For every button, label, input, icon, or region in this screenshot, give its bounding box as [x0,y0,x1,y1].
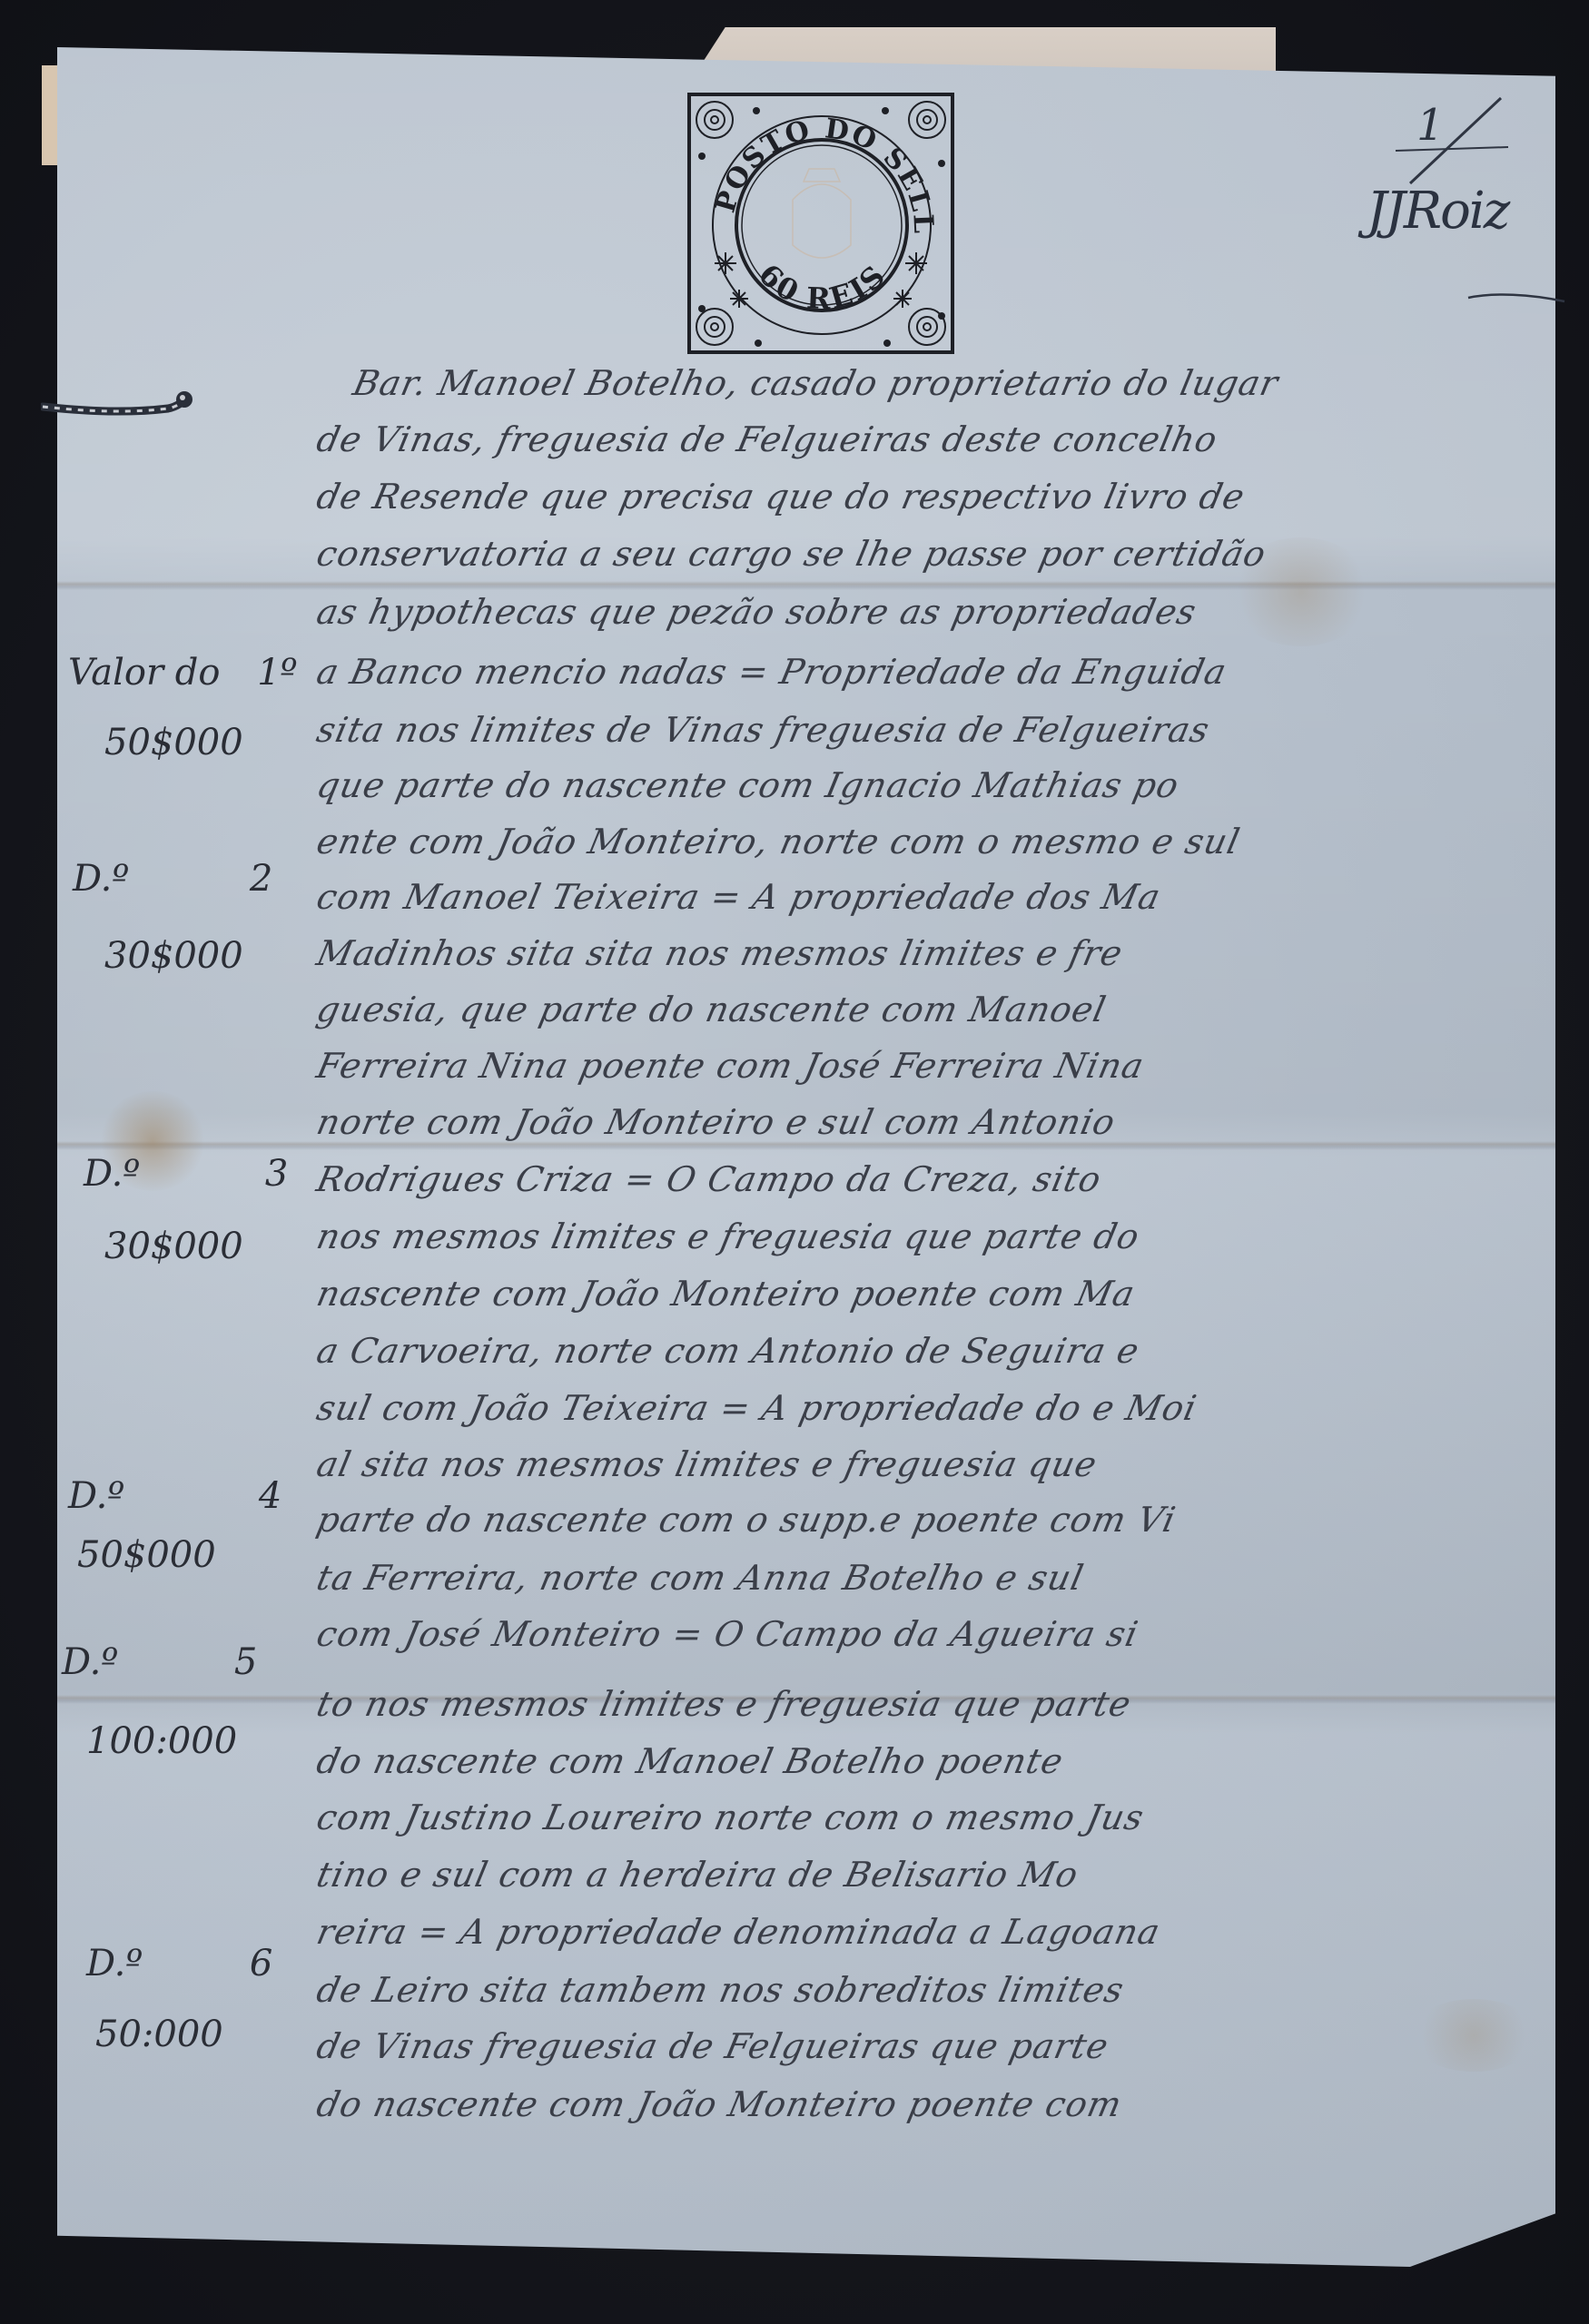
body-line: a Carvoeira, norte com Antonio de Seguir… [313,1331,1143,1371]
svg-text:60 REIS: 60 REIS [752,257,893,316]
body-line: de Leiro sita tambem nos sobreditos limi… [313,1970,1128,2010]
body-line: de Vinas, freguesia de Felgueiras deste … [313,419,1221,459]
body-line: nos mesmos limites e freguesia que parte… [313,1216,1143,1256]
body-line: Ferreira Nina poente com José Ferreira N… [313,1046,1148,1086]
margin-amount: 30$000 [104,1226,243,1267]
body-line: guesia, que parte do nascente com Manoel [313,990,1110,1029]
body-line: ta Ferreira, norte com Anna Botelho e su… [313,1558,1088,1598]
margin-label: D.º [73,858,129,900]
margin-note: Valor do 1º [68,652,297,694]
body-line: Madinhos sita sita nos mesmos limites e … [313,933,1127,973]
margin-label: D.º [62,1641,118,1683]
margin-item-number: 2 [250,858,272,900]
margin-label: D.º [86,1943,143,1984]
margin-note: D.º 3 [84,1153,288,1195]
margin-item-number: 5 [234,1641,257,1683]
body-line: sita nos limites de Vinas freguesia de F… [313,710,1213,750]
body-line: de Vinas freguesia de Felgueiras que par… [313,2026,1112,2066]
body-line: parte do nascente com o supp.e poente co… [313,1500,1179,1540]
body-line: ente com João Monteiro, norte com o mesm… [313,822,1244,862]
margin-note: D.º 2 [73,858,272,900]
body-line: sul com João Teixeira = A propriedade do… [313,1388,1200,1428]
margin-item-number: 3 [265,1153,288,1195]
binding-string-icon [41,389,195,419]
body-line: do nascente com João Monteiro poente com [313,2084,1126,2124]
foxing-stain [1410,1999,1537,2072]
body-line: al sita nos mesmos limites e freguesia q… [313,1444,1100,1484]
fold-line [57,1141,1555,1150]
body-line: to nos mesmos limites e freguesia que pa… [313,1684,1135,1724]
signature: JJRoiz [1367,182,1508,241]
folio-strike-icon [1394,91,1512,191]
body-line: que parte do nascente com Ignacio Mathia… [313,765,1183,805]
margin-amount: 30$000 [104,935,243,977]
body-line: com Manoel Teixeira = A propriedade dos … [313,877,1164,917]
body-line: reira = A propriedade denominada a Lagoa… [313,1912,1164,1952]
margin-item-number: 6 [250,1943,272,1984]
signature-flourish-icon [1466,289,1566,307]
margin-item-number: 1º [257,652,297,694]
margin-note: D.º 5 [62,1641,257,1683]
body-line: do nascente com Manoel Botelho poente [313,1741,1067,1781]
body-line: as hypothecas que pezão sobre as proprie… [313,592,1200,632]
margin-amount: 100:000 [86,1720,237,1762]
body-line: Bar. Manoel Botelho, casado proprietario… [350,363,1282,403]
body-line: conservatoria a seu cargo se lhe passe p… [313,534,1270,574]
body-line: de Resende que precisa que do respectivo… [313,477,1248,517]
margin-item-number: 4 [259,1475,281,1517]
body-line: tino e sul com a herdeira de Belisario M… [313,1855,1082,1895]
body-line: Rodrigues Criza = O Campo da Creza, sito [313,1159,1105,1199]
body-line: nascente com João Monteiro poente com Ma [313,1274,1139,1314]
tax-stamp: IMPOSTO DO SELLO 60 REIS [686,91,956,356]
stamp-frame-icon: IMPOSTO DO SELLO 60 REIS [686,91,956,356]
margin-note: D.º 6 [86,1943,272,1984]
margin-amount: 50:000 [95,2014,223,2055]
margin-label: D.º [68,1475,124,1517]
margin-amount: 50$000 [77,1534,216,1576]
margin-amount: 50$000 [104,722,243,763]
margin-label: Valor do [68,652,220,694]
body-line: norte com João Monteiro e sul com Antoni… [313,1102,1120,1142]
body-line: com José Monteiro = O Campo da Agueira s… [313,1614,1142,1654]
margin-label: D.º [84,1153,140,1195]
body-line: com Justino Loureiro norte com o mesmo J… [313,1797,1148,1837]
body-line: a Banco mencio nadas = Propriedade da En… [313,652,1230,692]
margin-note: D.º 4 [68,1475,281,1517]
